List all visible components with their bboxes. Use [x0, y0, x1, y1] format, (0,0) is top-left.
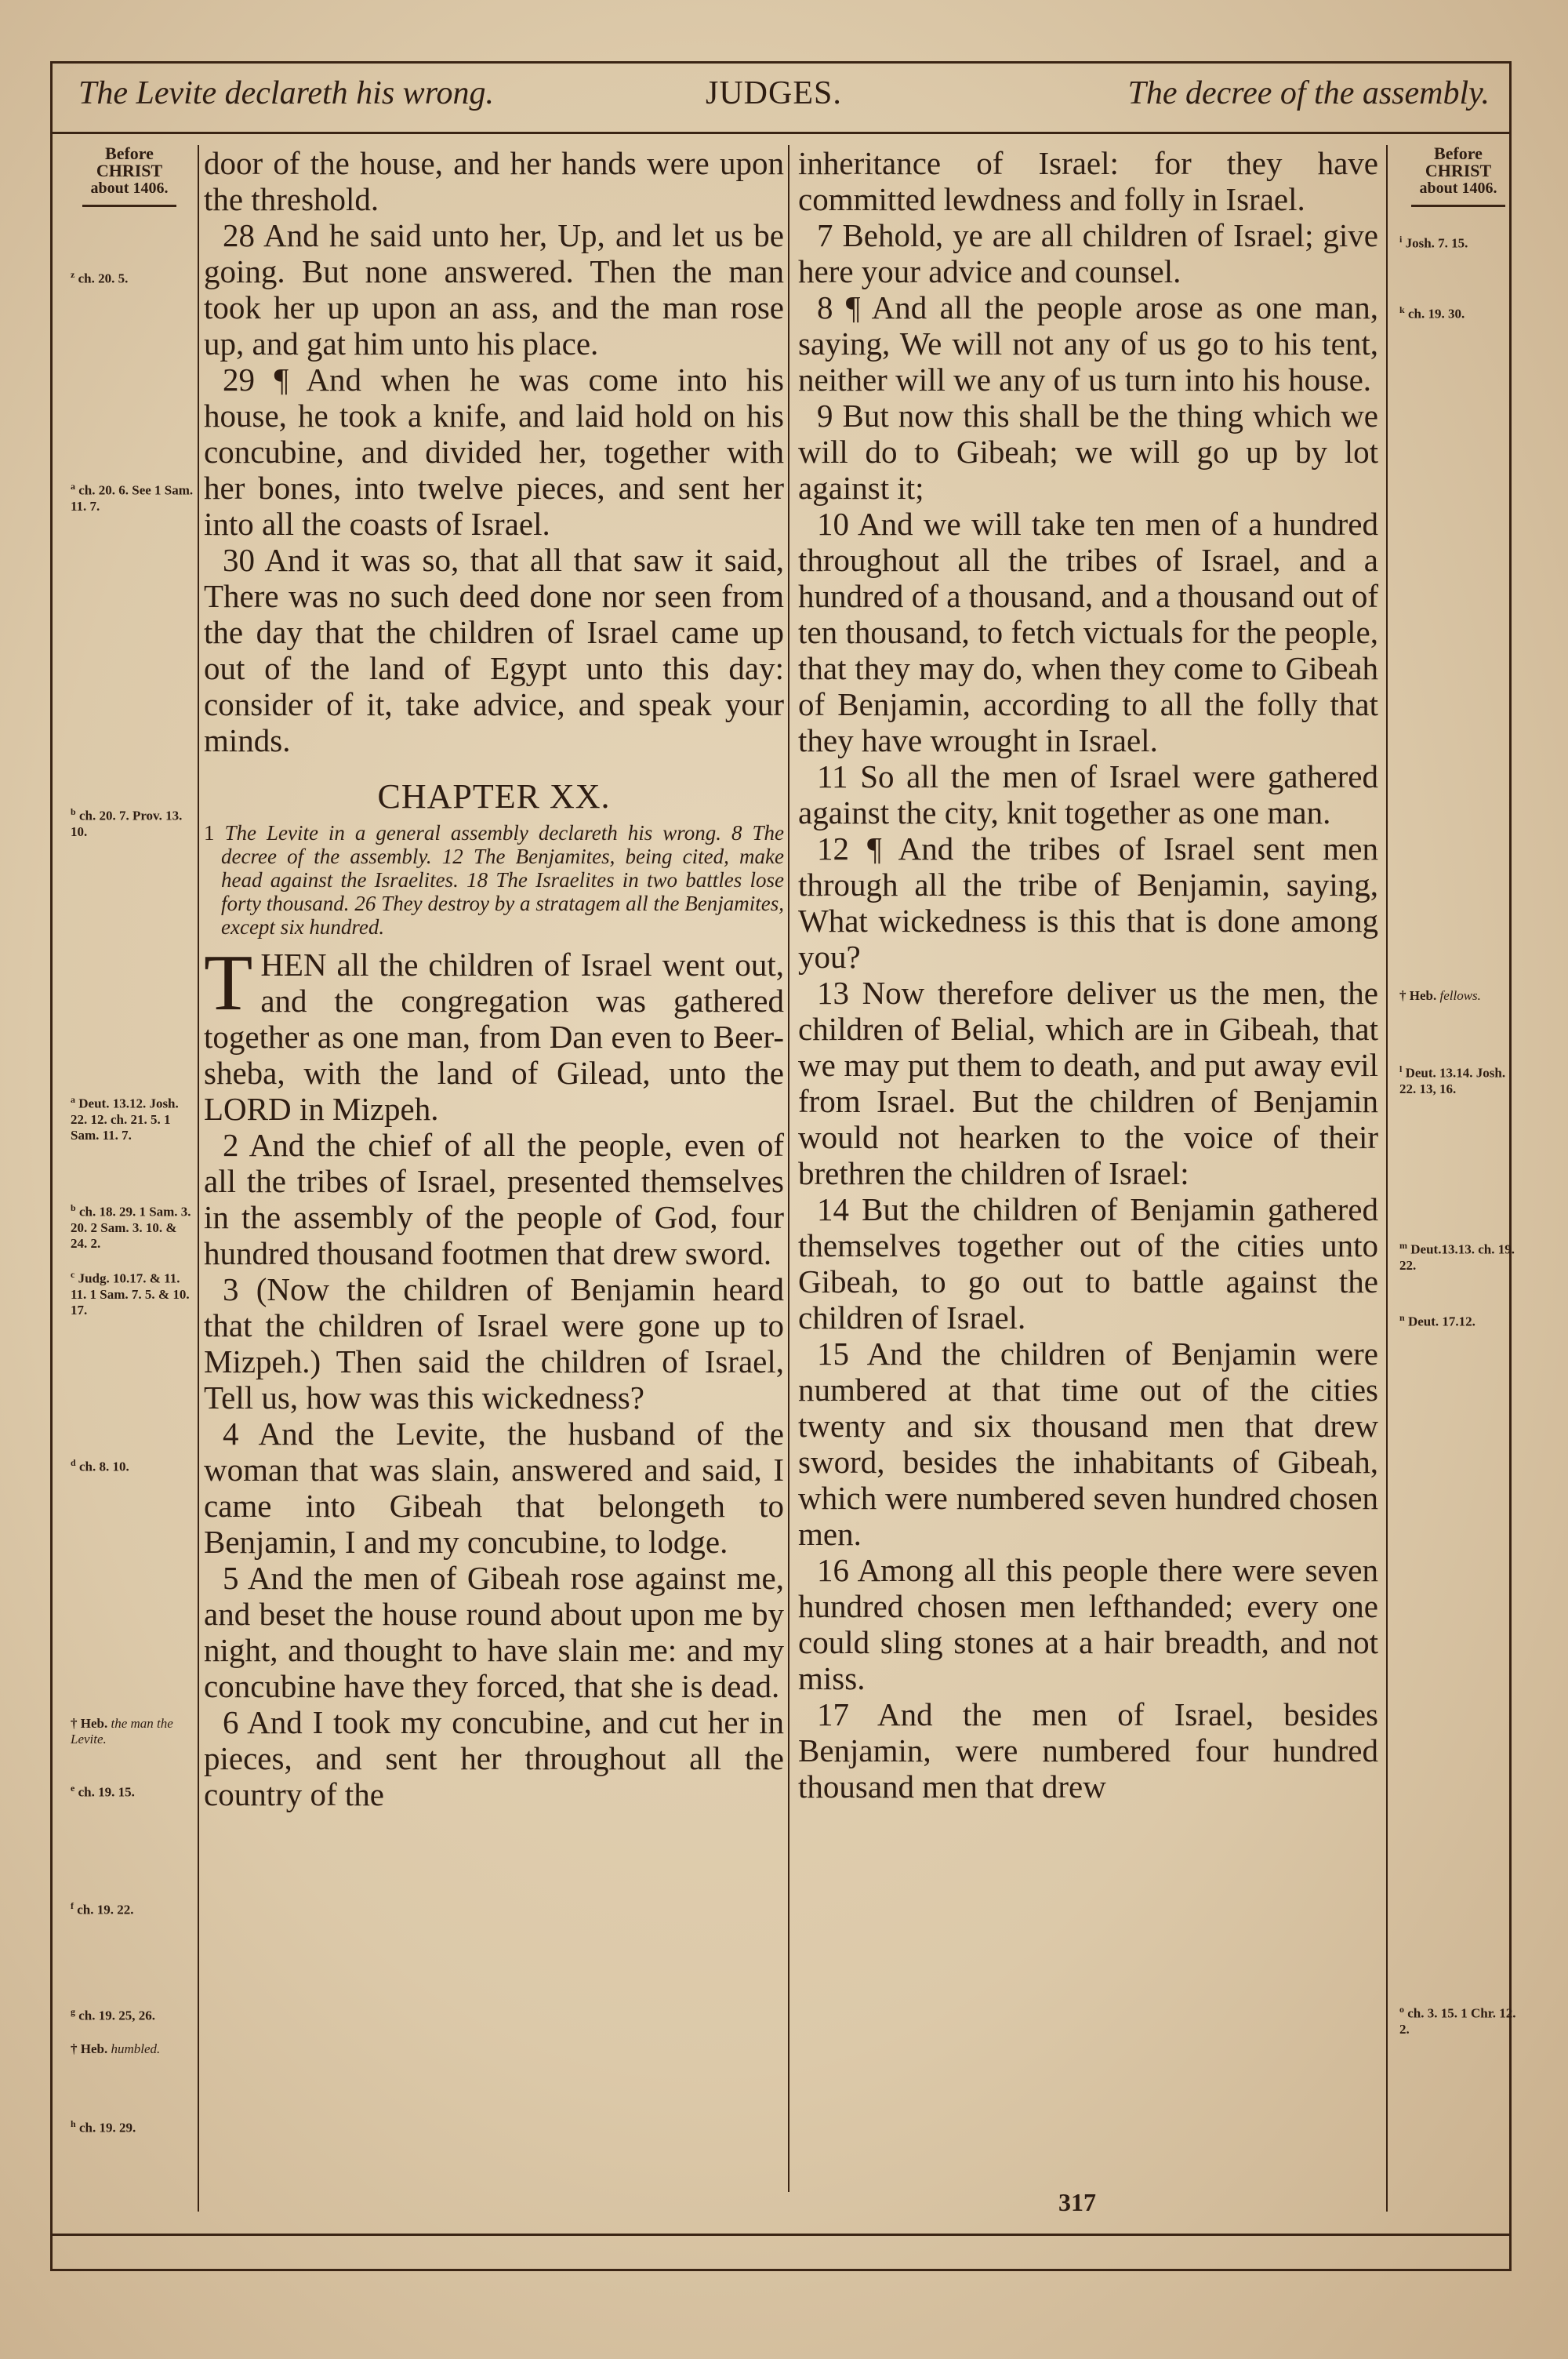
right-margin-notes: Before CHRIST about 1406. i Josh. 7. 15.…: [1392, 145, 1525, 207]
verse: 2 And the chief of all the people, even …: [204, 1127, 784, 1271]
verse: 7 Behold, ye are all children of Israel;…: [798, 217, 1378, 289]
chapter-summary: 1 The Levite in a general assembly decla…: [204, 821, 784, 939]
verse: 13 Now therefore deliver us the men, the…: [798, 975, 1378, 1191]
margin-note: † Heb. humbled.: [71, 2041, 196, 2057]
running-head-left: The Levite declareth his wrong.: [78, 75, 494, 112]
era-line: about 1406.: [63, 180, 196, 197]
era-line: Before: [63, 145, 196, 162]
margin-note: z ch. 20. 5.: [71, 267, 196, 287]
verse: 4 And the Levite, the husband of the wom…: [204, 1416, 784, 1560]
footer-rule: [50, 2234, 1510, 2236]
drop-cap: T: [204, 951, 252, 1016]
era-rule: [1411, 205, 1505, 207]
verse: 8 ¶ And all the people arose as one man,…: [798, 289, 1378, 398]
column-rule: [788, 145, 789, 2192]
text-column-left: door of the house, and her hands were up…: [204, 145, 784, 1812]
era-rule: [82, 205, 176, 207]
book-title: JUDGES.: [706, 75, 842, 112]
text-column-right: inheritance of Israel: for they have com…: [798, 145, 1378, 1805]
verse-continuation: door of the house, and her hands were up…: [204, 145, 784, 217]
margin-note: e ch. 19. 15.: [71, 1780, 196, 1801]
page-number: 317: [1058, 2188, 1096, 2217]
margin-note: † Heb. fellows.: [1399, 988, 1525, 1004]
margin-note: o ch. 3. 15. 1 Chr. 12. 2.: [1399, 2001, 1525, 2037]
verse: 6 And I took my concubine, and cut her i…: [204, 1704, 784, 1812]
margin-note: c Judg. 10.17. & 11. 11. 1 Sam. 7. 5. & …: [71, 1267, 196, 1318]
running-head: The Levite declareth his wrong. JUDGES. …: [78, 75, 1490, 122]
margin-note: a Deut. 13.12. Josh. 22. 12. ch. 21. 5. …: [71, 1092, 196, 1143]
column-rule: [198, 145, 199, 2212]
margin-note: h ch. 19. 29.: [71, 2116, 196, 2136]
verse: 5 And the men of Gibeah rose against me,…: [204, 1560, 784, 1704]
margin-note: b ch. 20. 7. Prov. 13. 10.: [71, 804, 196, 840]
left-margin-notes: Before CHRIST about 1406. z ch. 20. 5. a…: [63, 145, 196, 207]
era-line: CHRIST: [63, 162, 196, 180]
era-line: about 1406.: [1392, 180, 1525, 197]
verse: 14 But the children of Benjamin gathered…: [798, 1191, 1378, 1336]
margin-note: † Heb. the man the Levite.: [71, 1716, 196, 1747]
era-line: CHRIST: [1392, 162, 1525, 180]
verse: 30 And it was so, that all that saw it s…: [204, 542, 784, 758]
verse: 29 ¶ And when he was come into his house…: [204, 362, 784, 542]
margin-note: n Deut. 17.12.: [1399, 1310, 1525, 1330]
verse: 16 Among all this people there were seve…: [798, 1552, 1378, 1696]
margin-note: f ch. 19. 22.: [71, 1898, 196, 1918]
margin-note: i Josh. 7. 15.: [1399, 231, 1525, 252]
column-rule: [1386, 145, 1388, 2212]
verse-continuation: inheritance of Israel: for they have com…: [798, 145, 1378, 217]
verse: 12 ¶ And the tribes of Israel sent men t…: [798, 831, 1378, 975]
margin-note: b ch. 18. 29. 1 Sam. 3. 20. 2 Sam. 3. 10…: [71, 1200, 196, 1252]
margin-note: g ch. 19. 25, 26.: [71, 2004, 196, 2024]
verse-1: THEN all the children of Israel went out…: [204, 947, 784, 1127]
margin-note: a ch. 20. 6. See 1 Sam. 11. 7.: [71, 478, 196, 514]
verse: 3 (Now the children of Benjamin heard th…: [204, 1271, 784, 1416]
margin-note: m Deut.13.13. ch. 19. 22.: [1399, 1238, 1525, 1274]
verse: 17 And the men of Israel, besides Benjam…: [798, 1696, 1378, 1805]
era-line: Before: [1392, 145, 1525, 162]
margin-note: d ch. 8. 10.: [71, 1455, 196, 1475]
verse: 11 So all the men of Israel were gathere…: [798, 758, 1378, 831]
verse: 15 And the children of Benjamin were num…: [798, 1336, 1378, 1552]
verse: 10 And we will take ten men of a hundred…: [798, 506, 1378, 758]
era-label: Before CHRIST about 1406.: [63, 145, 196, 207]
header-rule: [50, 132, 1510, 134]
era-label: Before CHRIST about 1406.: [1392, 145, 1525, 207]
chapter-title: CHAPTER XX.: [204, 779, 784, 815]
book-page: The Levite declareth his wrong. JUDGES. …: [0, 0, 1568, 2359]
running-head-right: The decree of the assembly.: [1128, 75, 1490, 112]
verse: 9 But now this shall be the thing which …: [798, 398, 1378, 506]
verse: 28 And he said unto her, Up, and let us …: [204, 217, 784, 362]
margin-note: k ch. 19. 30.: [1399, 302, 1525, 322]
margin-note: l Deut. 13.14. Josh. 22. 13, 16.: [1399, 1061, 1525, 1097]
